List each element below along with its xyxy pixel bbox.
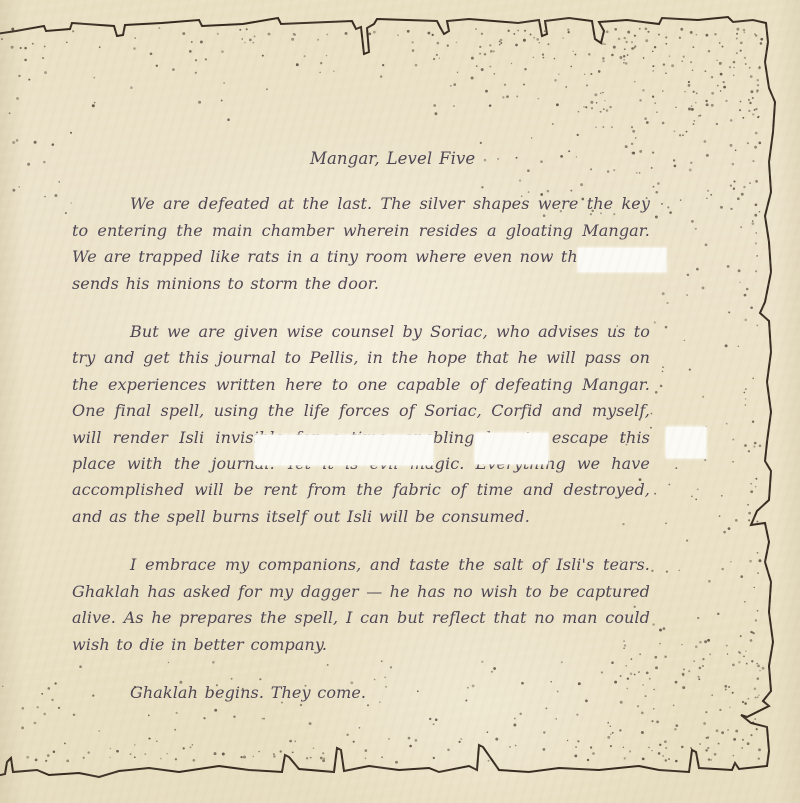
journal-closing-line: Ghaklah begins. They come. bbox=[72, 680, 650, 706]
manual-page: Mangar, Level Five We are defeated at th… bbox=[0, 0, 800, 803]
whiteout-patch-4 bbox=[666, 427, 706, 458]
journal-paragraph: We are defeated at the last. The silver … bbox=[72, 191, 650, 297]
whiteout-patch-2 bbox=[255, 435, 433, 465]
whiteout-patch-1 bbox=[578, 248, 666, 272]
whiteout-patch-3 bbox=[475, 433, 548, 464]
journal-paragraph: I embrace my companions, and taste the s… bbox=[72, 552, 650, 658]
journal-title: Mangar, Level Five bbox=[310, 146, 650, 172]
journal-paragraph: But we are given wise counsel by Soriac,… bbox=[72, 319, 650, 530]
